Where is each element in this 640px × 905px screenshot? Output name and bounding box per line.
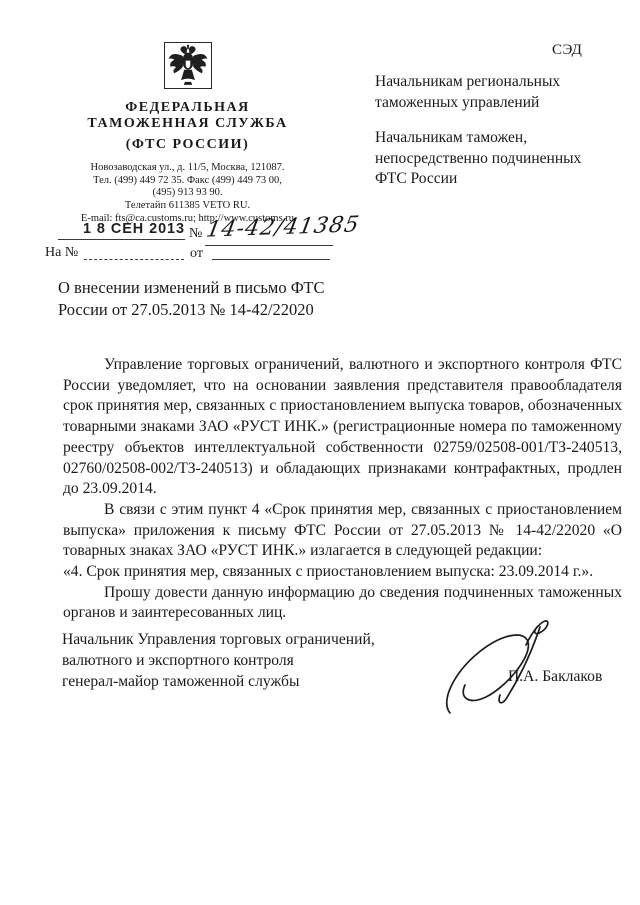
- reply-date-underline: [212, 259, 330, 260]
- org-name: ФЕДЕРАЛЬНАЯ ТАМОЖЕННАЯ СЛУЖБА: [35, 100, 340, 132]
- subject-line: О внесении изменений в письмо ФТС России…: [58, 277, 398, 320]
- number-sign-label: №: [189, 226, 202, 242]
- paragraph-3-quoted-edit: «4. Срок принятия мер, связанных с приос…: [63, 562, 622, 583]
- org-address: Новозаводская ул., д. 11/5, Москва, 1210…: [35, 162, 340, 212]
- reply-to-number-label: На №: [45, 245, 78, 261]
- outgoing-number-handwritten: 14-42/41385: [204, 212, 361, 242]
- signer-name: П.А. Баклаков: [508, 668, 602, 686]
- reply-number-underline: [84, 259, 184, 260]
- sed-mark: СЭД: [552, 42, 582, 59]
- letter-body: Управление торговых ограничений, валютно…: [63, 355, 622, 624]
- addressee-block-customs: Начальникам таможен, непосредственно под…: [375, 128, 605, 190]
- addressee-block-regional: Начальникам региональных таможенных упра…: [375, 72, 605, 113]
- coat-of-arms-icon: [164, 42, 212, 89]
- paragraph-2: В связи с этим пункт 4 «Срок принятия ме…: [63, 500, 622, 562]
- signer-title: Начальник Управления торговых ограничени…: [62, 629, 392, 692]
- paragraph-1: Управление торговых ограничений, валютно…: [63, 355, 622, 500]
- date-stamp: 1 8 СЕН 2013: [83, 220, 185, 237]
- number-underline: [205, 245, 333, 246]
- org-abbreviation: (ФТС РОССИИ): [35, 137, 340, 153]
- letterhead: ФЕДЕРАЛЬНАЯ ТАМОЖЕННАЯ СЛУЖБА (ФТС РОССИ…: [35, 42, 340, 226]
- document-page: СЭД ФЕДЕРАЛЬНАЯ ТАМО: [0, 0, 640, 905]
- reply-date-label: от: [190, 246, 203, 262]
- date-underline: [58, 239, 185, 240]
